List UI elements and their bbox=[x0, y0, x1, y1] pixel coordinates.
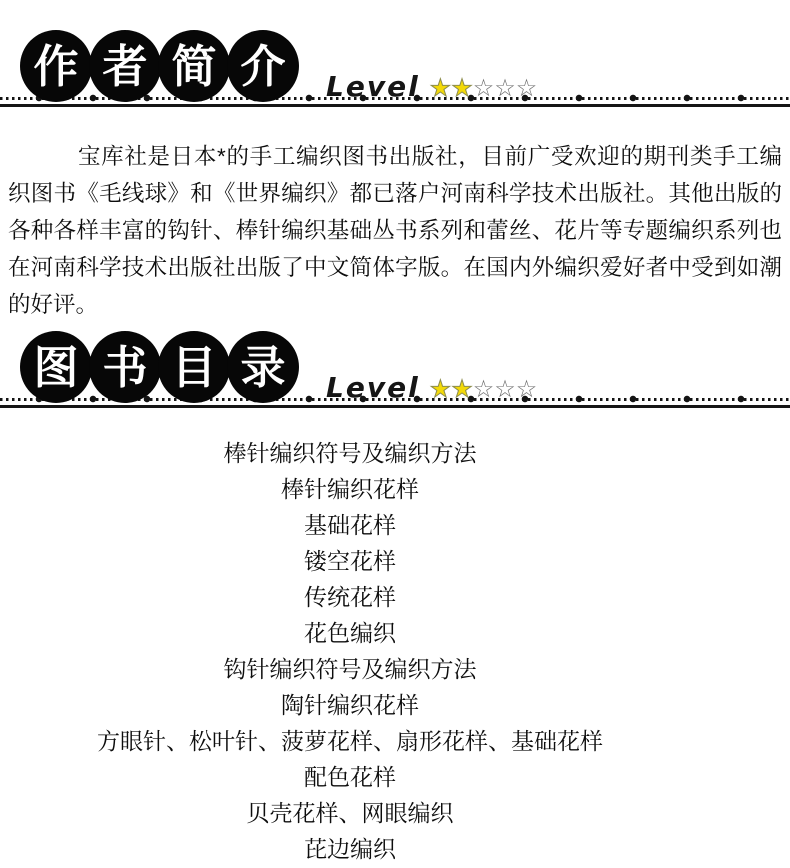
author-paragraph: 宝库社是日本*的手工编织图书出版社，目前广受欢迎的期刊类手工编织图书《毛线球》和… bbox=[8, 138, 782, 323]
title-badge-char: 目 bbox=[158, 331, 230, 403]
author-section-header: 作 者 简 介 Level ★★☆☆☆ bbox=[0, 30, 790, 108]
title-badge-char: 简 bbox=[158, 30, 230, 102]
catalog-section-header: 图 书 目 录 Level ★★☆☆☆ bbox=[0, 331, 790, 409]
toc-item: 基础花样 bbox=[0, 507, 700, 543]
level-label: Level bbox=[326, 371, 420, 404]
empty-stars-icon: ☆☆☆ bbox=[473, 376, 538, 403]
filled-stars-icon: ★★ bbox=[430, 376, 473, 403]
title-badge-char: 作 bbox=[20, 30, 92, 102]
toc-item: 配色花样 bbox=[0, 759, 700, 795]
title-badge-char: 介 bbox=[227, 30, 299, 102]
title-badge-char: 者 bbox=[89, 30, 161, 102]
toc-item: 方眼针、松叶针、菠萝花样、扇形花样、基础花样 bbox=[0, 723, 700, 759]
toc-item: 棒针编织符号及编织方法 bbox=[0, 435, 700, 471]
catalog-level-rating: Level ★★☆☆☆ bbox=[326, 371, 537, 404]
solid-divider bbox=[0, 104, 790, 107]
star-rating: ★★☆☆☆ bbox=[430, 378, 538, 402]
star-rating: ★★☆☆☆ bbox=[430, 77, 538, 101]
toc-item: 花色编织 bbox=[0, 615, 700, 651]
empty-stars-icon: ☆☆☆ bbox=[473, 75, 538, 102]
toc-item: 棒针编织花样 bbox=[0, 471, 700, 507]
title-badge-char: 书 bbox=[89, 331, 161, 403]
catalog-title-badges: 图 书 目 录 bbox=[20, 331, 296, 403]
toc-item: 传统花样 bbox=[0, 579, 700, 615]
solid-divider bbox=[0, 405, 790, 408]
title-badge-char: 录 bbox=[227, 331, 299, 403]
toc-item: 芘边编织 bbox=[0, 831, 700, 867]
title-badge-char: 图 bbox=[20, 331, 92, 403]
level-label: Level bbox=[326, 70, 420, 103]
toc-item: 贝壳花样、网眼编织 bbox=[0, 795, 700, 831]
toc-item: 钩针编织符号及编织方法 bbox=[0, 651, 700, 687]
toc-item: 陶针编织花样 bbox=[0, 687, 700, 723]
table-of-contents: 棒针编织符号及编织方法 棒针编织花样 基础花样 镂空花样 传统花样 花色编织 钩… bbox=[0, 435, 700, 867]
toc-item: 镂空花样 bbox=[0, 543, 700, 579]
filled-stars-icon: ★★ bbox=[430, 75, 473, 102]
author-title-badges: 作 者 简 介 bbox=[20, 30, 296, 102]
author-level-rating: Level ★★☆☆☆ bbox=[326, 70, 537, 103]
